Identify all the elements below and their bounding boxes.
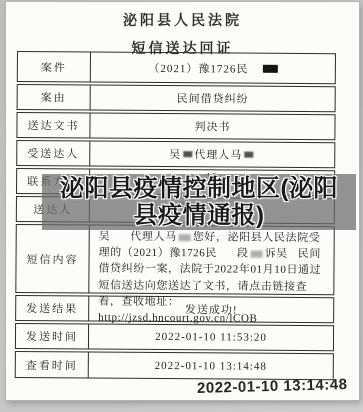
redaction-smudge <box>251 251 263 258</box>
row-label-recipient: 受送达人 <box>17 141 90 166</box>
row-value-send-time: 2022-01-10 11:53:20 <box>89 325 333 351</box>
row-value-result: 发送成功! <box>89 297 333 323</box>
table-row-document: 送达文书 判决书 <box>16 112 335 140</box>
row-value-sms: 吴代理人马您好，泌阳县人民法院受理的（2021）豫1726民段诉吴民间借贷纠纷一… <box>89 226 333 295</box>
sms-part4: 段 <box>237 248 249 260</box>
row-value-document: 判决书 <box>90 114 334 140</box>
redaction-block <box>262 64 277 72</box>
scanned-document: 泌阳县人民法院 短信送达回证 案件 （2021）豫1726民 案由 民间借贷纠纷… <box>0 0 363 412</box>
row-label-result: 发送结果 <box>16 296 89 321</box>
row-label-document: 送达文书 <box>17 113 90 138</box>
table-row-view-time: 查看时间 2022-01-10 13:14:48 <box>15 351 334 380</box>
row-label-cause: 案由 <box>18 85 91 110</box>
sms-part2: 代理人马 <box>130 231 176 243</box>
row-value-recipient: 吴 代理人马 <box>90 142 334 168</box>
table-row-send-time: 发送时间 2022-01-10 11:53:20 <box>15 323 334 351</box>
row-value-case: （2021）豫1726民 <box>91 53 335 84</box>
redaction-block <box>244 152 253 158</box>
row-label-send-time: 发送时间 <box>16 324 89 349</box>
sms-part1: 吴 <box>99 231 111 243</box>
sms-part5: 诉吴 <box>265 248 288 260</box>
row-label-case: 案件 <box>18 52 91 82</box>
footer-timestamp: 2022-01-10 13:14:48 <box>196 376 347 397</box>
redaction-smudge <box>179 234 191 241</box>
watermark-line-2: 县疫情通报) <box>134 202 265 229</box>
table-row-sms: 短信内容 吴代理人马您好，泌阳县人民法院受理的（2021）豫1726民段诉吴民间… <box>15 224 334 295</box>
row-label-view-time: 查看时间 <box>16 352 89 378</box>
table-row-result: 发送结果 发送成功! <box>15 295 334 323</box>
recipient-name: 吴 <box>169 146 181 162</box>
watermark-line-1: 泌阳县疫情控制地区(泌阳 <box>60 175 338 202</box>
recipient-agent: 代理人马 <box>194 146 242 162</box>
row-label-sms: 短信内容 <box>16 225 89 293</box>
row-value-view-time: 2022-01-10 13:14:48 <box>89 353 333 380</box>
table-row-cause: 案由 民间借贷纠纷 <box>17 84 336 112</box>
table-row-case: 案件 （2021）豫1726民 <box>17 51 336 84</box>
case-number: （2021）豫1726民 <box>148 59 248 76</box>
paper-sheet: 泌阳县人民法院 短信送达回证 案件 （2021）豫1726民 案由 民间借贷纠纷… <box>6 2 359 400</box>
table-row-recipient: 受送达人 吴 代理人马 <box>16 140 335 168</box>
watermark-overlay: 泌阳县疫情控制地区(泌阳 县疫情通报) <box>42 174 356 230</box>
court-name: 泌阳县人民法院 <box>6 10 359 30</box>
row-value-cause: 民间借贷纠纷 <box>91 86 335 112</box>
redaction-block <box>183 151 192 157</box>
